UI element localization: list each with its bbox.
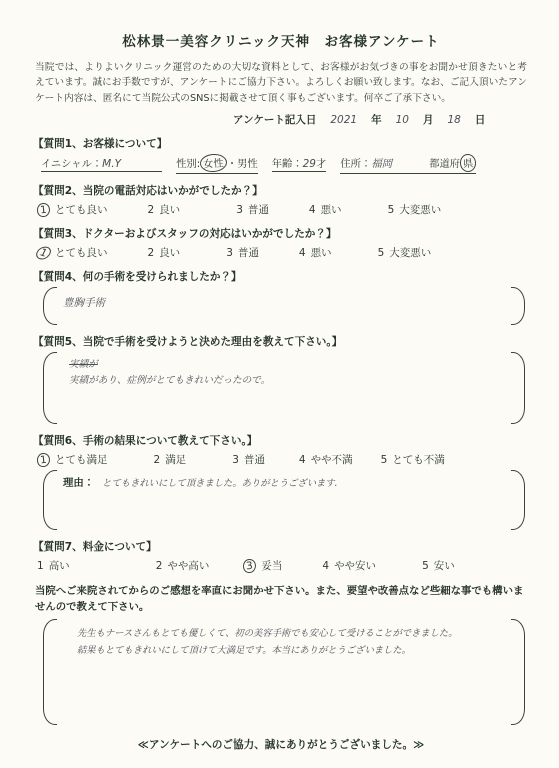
q6-option-3-num: 3 <box>232 454 239 466</box>
q6-reason-label: 理由： <box>63 474 94 489</box>
gender-female-circled: 女性 <box>200 153 228 173</box>
initial-value: M.Y <box>102 158 162 170</box>
q6-option-1-circled-num: 1 <box>36 452 50 467</box>
feedback-comment-line2: 結果もとてもきれいにして頂けて大満足です。本当にありがとうございました。 <box>77 642 503 656</box>
q3-option-5-label: 大変悪い <box>389 245 431 260</box>
q3-option-5: 5大変悪い <box>378 245 432 260</box>
date-year-unit: 年 <box>371 112 382 127</box>
q3-option-3-label: 普通 <box>238 245 259 260</box>
intro-text: 当院では、よりよいクリニック運営のための大切な資料として、お客様がお気づきの事を… <box>35 60 527 106</box>
q6-option-2: 2満足 <box>154 452 187 467</box>
date-label: アンケート記入日 <box>233 112 316 127</box>
q7-option-4: 4やや安い <box>322 558 376 573</box>
q2-option-3-label: 普通 <box>248 202 269 217</box>
q7-option-2-label: やや高い <box>167 558 209 573</box>
q3-option-3: 3普通 <box>226 245 259 260</box>
gender-label: 性別: <box>176 155 200 170</box>
q6-option-4-num: 4 <box>299 454 306 466</box>
q7-option-3-circled-num: 3 <box>243 558 257 573</box>
feedback-comment-line1: 先生もナースさんもとても優しくて、初の美容手術でも安心して受けることができました… <box>77 625 503 639</box>
q3-option-4: 4悪い <box>299 245 332 260</box>
q3-option-2-label: 良い <box>159 245 180 260</box>
q2-option-5-num: 5 <box>388 204 395 216</box>
address-unit-ken-circled: 県 <box>459 153 477 172</box>
q6-heading: 【質問6、手術の結果について教えて下さい。】 <box>33 433 529 448</box>
q4-answer-handwritten: 豊胸手術 <box>63 297 105 309</box>
q3-option-4-label: 悪い <box>311 245 332 260</box>
date-year-value: 2021 <box>330 114 357 126</box>
q1-fields-row: イニシャル： M.Y 性別: 女性 ・ 男性 年齢： 29 才 住所： 福岡 都… <box>41 154 529 174</box>
q7-heading: 【質問7、料金について】 <box>33 539 529 554</box>
q7-option-5-num: 5 <box>422 560 429 572</box>
age-value: 29 <box>303 158 316 170</box>
q2-option-3: 3普通 <box>236 202 269 217</box>
survey-form-page: 松林景一美容クリニック天神 お客様アンケート 当院では、よりよいクリニック運営の… <box>0 0 559 768</box>
gender-field: 性別: 女性 ・ 男性 <box>176 154 258 174</box>
q7-option-2: 2やや高い <box>156 558 210 573</box>
q2-option-2-label: 良い <box>159 202 180 217</box>
q3-option-2: 2良い <box>148 245 181 260</box>
q5-heading: 【質問5、当院で手術を受けようと決めた理由を教えて下さい。】 <box>33 334 529 349</box>
q2-options: 1とても良い 2良い 3普通 4悪い 5大変悪い <box>37 202 529 217</box>
q6-option-5: 5とても不満 <box>381 452 445 467</box>
q6-reason-handwritten: とてもきれいにして頂きました。ありがとうございます. <box>102 475 337 489</box>
q6-option-4-label: やや不満 <box>311 452 353 467</box>
date-month-value: 10 <box>396 114 409 126</box>
q7-option-5-label: 安い <box>434 558 455 573</box>
q3-heading: 【質問3、ドクターおよびスタッフの対応はいかがでしたか？】 <box>33 226 529 241</box>
q7-option-2-num: 2 <box>156 560 163 572</box>
feedback-prompt: 当院へご来院されてからのご感想を率直にお聞かせ下さい。また、要望や改善点など些細… <box>35 583 529 615</box>
q2-option-1: 1とても良い <box>37 202 108 217</box>
q6-option-1-label: とても満足 <box>55 452 108 467</box>
q3-option-2-num: 2 <box>148 247 155 259</box>
initial-label: イニシャル： <box>41 155 102 170</box>
q6-option-4: 4やや不満 <box>299 452 353 467</box>
q2-option-1-circled-num: 1 <box>36 202 50 217</box>
address-label: 住所： <box>340 155 371 170</box>
feedback-comment-box: 先生もナースさんもとても優しくて、初の美容手術でも安心して受けることができました… <box>43 619 525 725</box>
q6-options: 1とても満足 2満足 3普通 4やや不満 5とても不満 <box>37 452 529 467</box>
q1-heading: 【質問1、お客様について】 <box>33 136 529 151</box>
q7-option-3-label: 妥当 <box>261 558 282 573</box>
q7-options: 1高い 2やや高い 3妥当 4やや安い 5安い <box>37 558 529 573</box>
q6-reason-box: 理由： とてもきれいにして頂きました。ありがとうございます. <box>43 470 525 530</box>
q5-answer-handwritten: 実績があり、症例がとてもきれいだったので。 <box>69 372 503 386</box>
q6-option-3-label: 普通 <box>244 452 265 467</box>
q3-option-5-num: 5 <box>378 247 385 259</box>
q3-option-1-circled-num: 1 <box>34 245 53 262</box>
age-unit: 才 <box>316 155 326 170</box>
q2-option-1-label: とても良い <box>55 202 108 217</box>
q7-option-3: 3妥当 <box>243 558 282 573</box>
q7-option-1-num: 1 <box>37 560 44 572</box>
q6-option-3: 3普通 <box>232 452 265 467</box>
q3-option-3-num: 3 <box>226 247 233 259</box>
q6-option-5-label: とても不満 <box>392 452 445 467</box>
q5-answer-struck-handwritten: 実績が <box>69 356 503 370</box>
age-label: 年齢： <box>272 155 303 170</box>
date-month-unit: 月 <box>423 112 434 127</box>
q2-option-5-label: 大変悪い <box>399 202 441 217</box>
q2-option-5: 5大変悪い <box>388 202 442 217</box>
q4-answer-box: 豊胸手術 <box>43 287 525 325</box>
q6-option-2-label: 満足 <box>165 452 186 467</box>
address-value: 福岡 <box>371 156 429 171</box>
q2-heading: 【質問2、当院の電話対応はいかがでしたか？】 <box>33 183 529 198</box>
q3-option-1-label: とても良い <box>55 245 108 260</box>
q3-option-4-num: 4 <box>299 247 306 259</box>
closing-thanks: ≪アンケートへのご協力、誠にありがとうございました。≫ <box>33 737 529 752</box>
q6-option-5-num: 5 <box>381 454 388 466</box>
q2-option-3-num: 3 <box>236 204 243 216</box>
q7-option-4-label: やや安い <box>334 558 376 573</box>
q2-option-4-num: 4 <box>309 204 316 216</box>
q7-option-5: 5安い <box>422 558 455 573</box>
initial-field: イニシャル： M.Y <box>41 155 162 172</box>
date-day-unit: 日 <box>475 112 486 127</box>
age-field: 年齢： 29 才 <box>272 155 327 172</box>
gender-separator: ・ <box>227 155 237 170</box>
q2-option-2: 2良い <box>148 202 181 217</box>
q6-option-1: 1とても満足 <box>37 452 108 467</box>
q3-options: 1とても良い 2良い 3普通 4悪い 5大変悪い <box>37 245 529 260</box>
address-unit-prefix: 都道府 <box>429 155 460 170</box>
q6-option-2-num: 2 <box>154 454 161 466</box>
q2-option-4: 4悪い <box>309 202 342 217</box>
page-title: 松林景一美容クリニック天神 お客様アンケート <box>33 30 529 50</box>
q7-option-1-label: 高い <box>49 558 70 573</box>
survey-date-row: アンケート記入日 2021 年 10 月 18 日 <box>233 112 529 127</box>
q3-option-1: 1とても良い <box>37 245 108 260</box>
q2-option-2-num: 2 <box>148 204 155 216</box>
q5-answer-box: 実績が 実績があり、症例がとてもきれいだったので。 <box>43 352 525 424</box>
q4-heading: 【質問4、何の手術を受けられましたか？】 <box>33 269 529 284</box>
q7-option-4-num: 4 <box>322 560 329 572</box>
address-field: 住所： 福岡 都道府 県 <box>340 154 476 174</box>
gender-male: 男性 <box>237 155 258 170</box>
date-day-value: 18 <box>447 114 460 126</box>
q7-option-1: 1高い <box>37 558 70 573</box>
q2-option-4-label: 悪い <box>321 202 342 217</box>
